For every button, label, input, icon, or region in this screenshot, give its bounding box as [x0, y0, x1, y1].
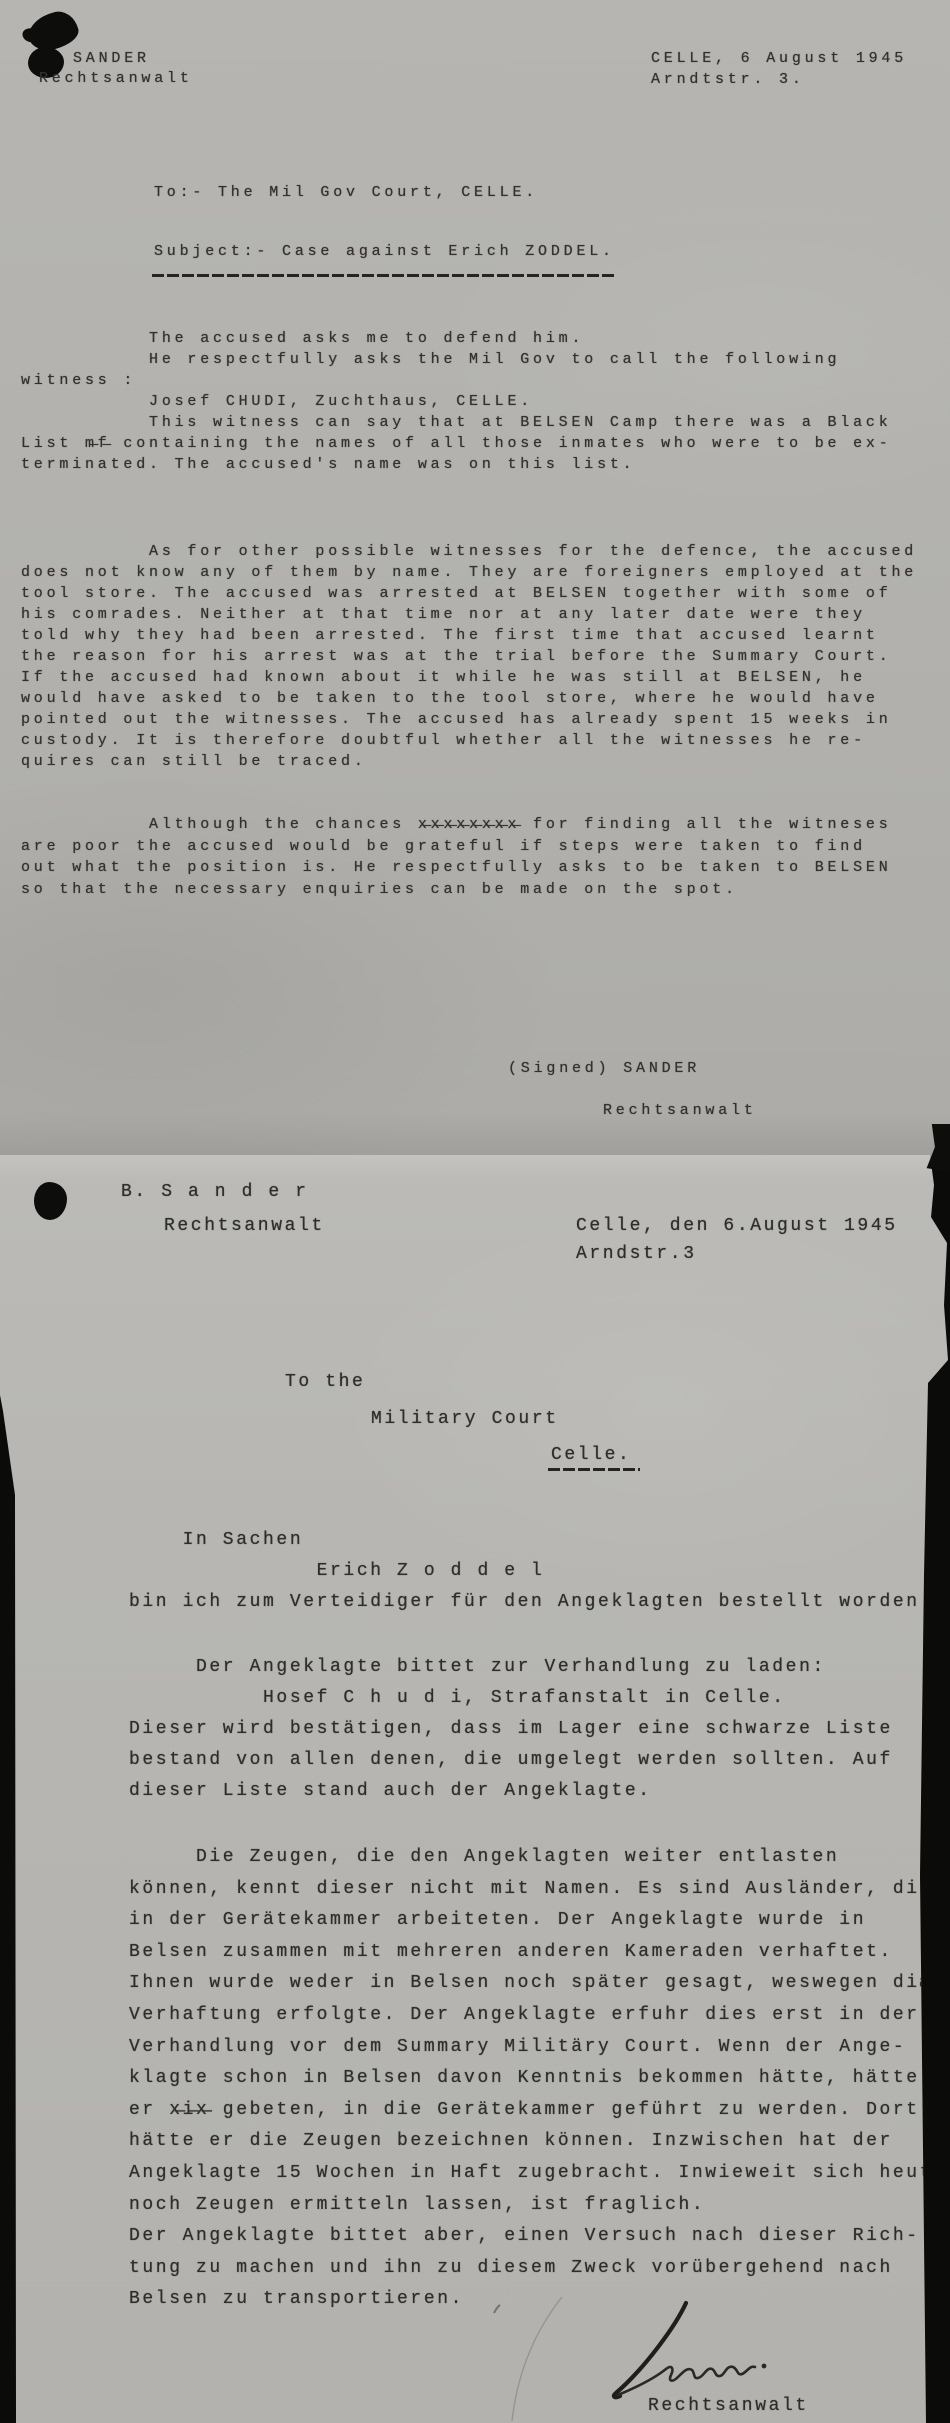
address-line: Arndstr.3: [576, 1239, 697, 1270]
text-line: out what the position is. He respectfull…: [21, 857, 892, 879]
text-line: tool store. The accused was arrested at …: [21, 583, 917, 604]
text-line: The accused asks me to defend him.: [21, 328, 892, 349]
sender-title: Rechtsanwalt: [39, 68, 193, 89]
text-line: would have asked to be taken to the tool…: [21, 688, 917, 709]
text-line: Erich Z o d d e l: [129, 1556, 933, 1587]
text-line: If the accused had known about it while …: [21, 667, 917, 688]
text-line: er x̶i̶x̶ gebeten, in die Gerätekammer g…: [129, 2095, 947, 2127]
text-line: bestand von allen denen, die umgelegt we…: [129, 1745, 893, 1776]
text-line: noch Zeugen ermitteln lassen, ist fragli…: [129, 2190, 947, 2222]
letter-page-german: B. S a n d e r Rechtsanwalt Celle, den 6…: [0, 1155, 950, 2423]
text-line: quires can still be traced.: [21, 751, 917, 772]
text-line: the reason for his arrest was at the tri…: [21, 646, 917, 667]
date-line: CELLE, 6 August 1945: [651, 48, 907, 69]
recipient-line-3: Celle.: [551, 1440, 631, 1471]
body-block: Die Zeugen, die den Angeklagten weiter e…: [129, 1842, 947, 2316]
text-line: List m̶f̶ containing the names of all th…: [21, 433, 892, 454]
signature-title: Rechtsanwalt: [648, 2391, 809, 2422]
text-line: witness :: [21, 370, 892, 391]
text-line: tung zu machen und ihn zu diesem Zweck v…: [129, 2253, 947, 2285]
paragraph-2: As for other possible witnesses for the …: [21, 541, 917, 772]
text-line: This witness can say that at BELSEN Camp…: [21, 412, 892, 433]
text-line: terminated. The accused's name was on th…: [21, 454, 892, 475]
text-line: are poor the accused would be grateful i…: [21, 836, 892, 858]
text-line: bin ich zum Verteidiger für den Angeklag…: [129, 1587, 933, 1618]
text-line: Der Angeklagte bittet zur Verhandlung zu…: [129, 1652, 893, 1683]
punch-hole-icon: [34, 1182, 67, 1220]
text-line: Angeklagte 15 Wochen in Haft zugebracht.…: [129, 2158, 947, 2190]
text-line: klagte schon in Belsen davon Kenntnis be…: [129, 2063, 947, 2095]
text-line: Verhaftung erfolgte. Der Angeklagte erfu…: [129, 2000, 947, 2032]
text-line: Josef CHUDI, Zuchthaus, CELLE.: [21, 391, 892, 412]
text-line: pointed out the witnesses. The accused h…: [21, 709, 917, 730]
text-line: Ihnen wurde weder in Belsen noch später …: [129, 1968, 947, 2000]
letter-page-english: SANDER Rechtsanwalt CELLE, 6 August 1945…: [0, 0, 950, 1158]
signed-title: Rechtsanwalt: [603, 1100, 757, 1121]
pencil-stroke: [490, 2295, 590, 2423]
signed-line: (Signed) SANDER: [508, 1058, 700, 1079]
text-line: in der Gerätekammer arbeiteten. Der Ange…: [129, 1905, 947, 1937]
sender-name: SANDER: [73, 48, 150, 69]
text-line: does not know any of them by name. They …: [21, 562, 917, 583]
date-line: Celle, den 6.August 1945: [576, 1211, 898, 1242]
text-line: so that the necessary enquiries can be m…: [21, 879, 892, 901]
text-line: his comrades. Neither at that time nor a…: [21, 604, 917, 625]
text-line: Die Zeugen, die den Angeklagten weiter e…: [129, 1842, 947, 1874]
recipient-line: To:- The Mil Gov Court, CELLE.: [154, 182, 538, 203]
text-line: Verhandlung vor dem Summary Militäry Cou…: [129, 2032, 947, 2064]
address-line: Arndtstr. 3.: [651, 69, 805, 90]
text-line: told why they had been arrested. The fir…: [21, 625, 917, 646]
case-caption-block: In Sachen Erich Z o d d e lbin ich zum V…: [129, 1525, 933, 1618]
text-line: können, kennt dieser nicht mit Namen. Es…: [129, 1874, 947, 1906]
celle-underline: [548, 1468, 640, 1471]
recipient-line-2: Military Court: [371, 1404, 559, 1435]
text-line: Although the chances x̶x̶x̶x̶x̶x̶x̶x̶ fo…: [21, 814, 892, 836]
paragraph-1: The accused asks me to defend him. He re…: [21, 328, 892, 475]
text-line: dieser Liste stand auch der Angeklagte.: [129, 1776, 893, 1807]
text-line: hätte er die Zeugen bezeichnen können. I…: [129, 2126, 947, 2158]
subject-line: Subject:- Case against Erich ZODDEL.: [154, 241, 615, 262]
text-line: As for other possible witnesses for the …: [21, 541, 917, 562]
sender-title: Rechtsanwalt: [164, 1211, 325, 1242]
text-line: He respectfully asks the Mil Gov to call…: [21, 349, 892, 370]
text-line: custody. It is therefore doubtful whethe…: [21, 730, 917, 751]
sender-name: B. S a n d e r: [121, 1177, 309, 1208]
paragraph-3: Although the chances x̶x̶x̶x̶x̶x̶x̶x̶ fo…: [21, 814, 892, 900]
text-line: Der Angeklagte bittet aber, einen Versuc…: [129, 2221, 947, 2253]
recipient-line-1: To the: [285, 1367, 365, 1398]
text-line: Dieser wird bestätigen, dass im Lager ei…: [129, 1714, 893, 1745]
text-line: Belsen zusammen mit mehreren anderen Kam…: [129, 1937, 947, 1969]
text-line: In Sachen: [129, 1525, 933, 1556]
text-line: Hosef C h u d i, Strafanstalt in Celle.: [129, 1683, 893, 1714]
summons-block: Der Angeklagte bittet zur Verhandlung zu…: [129, 1652, 893, 1807]
subject-underline: [152, 274, 614, 277]
